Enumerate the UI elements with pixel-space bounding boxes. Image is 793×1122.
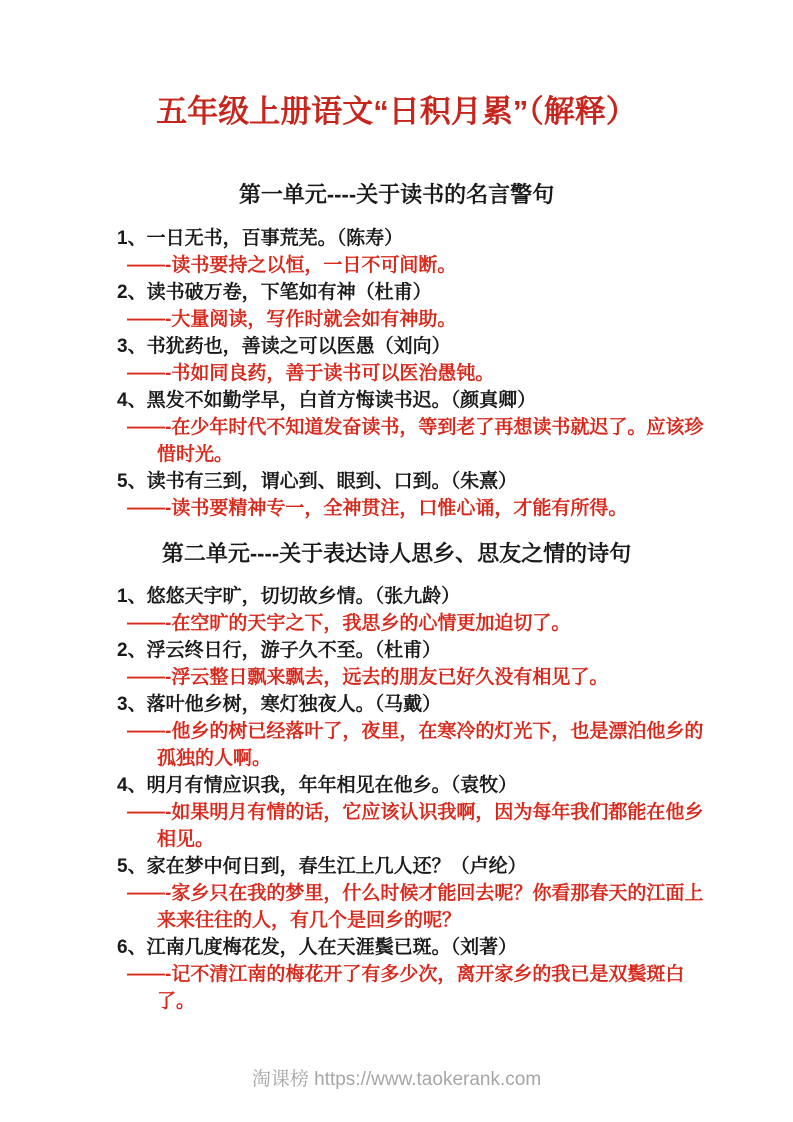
list-item: 1、一日无书，百事荒芜。（陈寿） ——-读书要持之以恒，一日不可间断。 [117,225,717,279]
quote-line: 1、一日无书，百事荒芜。（陈寿） [117,225,717,252]
item-number: 1、 [117,228,147,249]
quote-line: 3、书犹药也，善读之可以医愚（刘向） [117,333,717,360]
explanation-text: ——-大量阅读，写作时就会如有神助。 [117,306,717,333]
item-number: 5、 [117,856,147,877]
list-item: 6、江南几度梅花发，人在天涯鬓已斑。（刘著） ——-记不清江南的梅花开了有多少次… [117,934,717,1015]
quote-text: 江南几度梅花发，人在天涯鬓已斑。（刘著） [147,937,518,958]
section-1-heading: 第一单元----关于读书的名言警句 [0,182,793,208]
quote-line: 3、落叶他乡树，寒灯独夜人。（马戴） [117,691,717,718]
quote-line: 4、明月有情应识我，年年相见在他乡。（袁牧） [117,772,717,799]
explanation-text: ——-在少年时代不知道发奋读书，等到老了再想读书就迟了。应该珍 惜时光。 [117,414,717,468]
quote-text: 一日无书，百事荒芜。（陈寿） [147,228,404,249]
quote-line: 2、读书破万卷，下笔如有神（杜甫） [117,279,717,306]
list-item: 2、读书破万卷，下笔如有神（杜甫） ——-大量阅读，写作时就会如有神助。 [117,279,717,333]
list-item: 5、家在梦中何日到，春生江上几人还？（卢纶） ——-家乡只在我的梦里，什么时候才… [117,853,717,934]
quote-text: 明月有情应识我，年年相见在他乡。（袁牧） [147,775,518,796]
footer: 淘课榜 https://www.taokerank.com [0,1064,793,1091]
list-item: 5、读书有三到，谓心到、眼到、口到。（朱熹） ——-读书要精神专一，全神贯注，口… [117,468,717,522]
page-title: 五年级上册语文“日积月累”（解释） [0,93,793,130]
item-number: 2、 [117,282,147,303]
section-2-items: 1、悠悠天宇旷，切切故乡情。（张九龄） ——-在空旷的天宇之下，我思乡的心情更加… [117,583,717,1015]
list-item: 4、黑发不如勤学早，白首方悔读书迟。（颜真卿） ——-在少年时代不知道发奋读书，… [117,387,717,468]
list-item: 3、落叶他乡树，寒灯独夜人。（马戴） ——-他乡的树已经落叶了，夜里，在寒冷的灯… [117,691,717,772]
section-homesick-poems: 第二单元----关于表达诗人思乡、思友之情的诗句 1、悠悠天宇旷，切切故乡情。（… [0,541,793,1015]
item-number: 4、 [117,390,147,411]
quote-text: 读书破万卷，下笔如有神（杜甫） [147,282,432,303]
quote-text: 悠悠天宇旷，切切故乡情。（张九龄） [147,586,461,607]
explanation-text: ——-记不清江南的梅花开了有多少次，离开家乡的我已是双鬓斑白了。 [117,961,717,1015]
explanation-text: ——-家乡只在我的梦里，什么时候才能回去呢？你看那春天的江面上 来来往往的人，有… [117,880,717,934]
explanation-text: ——-他乡的树已经落叶了，夜里，在寒冷的灯光下，也是漂泊他乡的 孤独的人啊。 [117,718,717,772]
section-2-heading: 第二单元----关于表达诗人思乡、思友之情的诗句 [0,541,793,567]
explanation-text: ——-书如同良药，善于读书可以医治愚钝。 [117,360,717,387]
footer-site-url: 淘课榜 https://www.taokerank.com [252,1069,541,1090]
quote-line: 4、黑发不如勤学早，白首方悔读书迟。（颜真卿） [117,387,717,414]
section-1-items: 1、一日无书，百事荒芜。（陈寿） ——-读书要持之以恒，一日不可间断。 2、读书… [117,225,717,522]
document-page: 五年级上册语文“日积月累”（解释） 第一单元----关于读书的名言警句 1、一日… [0,0,793,1122]
quote-text: 家在梦中何日到，春生江上几人还？（卢纶） [147,856,527,877]
quote-text: 落叶他乡树，寒灯独夜人。（马戴） [147,694,442,715]
list-item: 2、浮云终日行，游子久不至。（杜甫） ——-浮云整日飘来飘去，远去的朋友已好久没… [117,637,717,691]
quote-text: 读书有三到，谓心到、眼到、口到。（朱熹） [147,471,518,492]
quote-text: 黑发不如勤学早，白首方悔读书迟。（颜真卿） [147,390,537,411]
explanation-text: ——-如果明月有情的话，它应该认识我啊，因为每年我们都能在他乡 相见。 [117,799,717,853]
quote-line: 1、悠悠天宇旷，切切故乡情。（张九龄） [117,583,717,610]
item-number: 3、 [117,694,147,715]
list-item: 4、明月有情应识我，年年相见在他乡。（袁牧） ——-如果明月有情的话，它应该认识… [117,772,717,853]
explanation-text: ——-读书要持之以恒，一日不可间断。 [117,252,717,279]
item-number: 4、 [117,775,147,796]
list-item: 1、悠悠天宇旷，切切故乡情。（张九龄） ——-在空旷的天宇之下，我思乡的心情更加… [117,583,717,637]
item-number: 1、 [117,586,147,607]
quote-line: 6、江南几度梅花发，人在天涯鬓已斑。（刘著） [117,934,717,961]
item-number: 2、 [117,640,147,661]
quote-text: 浮云终日行，游子久不至。（杜甫） [147,640,442,661]
quote-line: 2、浮云终日行，游子久不至。（杜甫） [117,637,717,664]
item-number: 5、 [117,471,147,492]
quote-line: 5、家在梦中何日到，春生江上几人还？（卢纶） [117,853,717,880]
explanation-text: ——-读书要精神专一，全神贯注，口惟心诵，才能有所得。 [117,495,717,522]
explanation-text: ——-浮云整日飘来飘去，远去的朋友已好久没有相见了。 [117,664,717,691]
item-number: 3、 [117,336,147,357]
explanation-text: ——-在空旷的天宇之下，我思乡的心情更加迫切了。 [117,610,717,637]
quote-text: 书犹药也，善读之可以医愚（刘向） [147,336,451,357]
list-item: 3、书犹药也，善读之可以医愚（刘向） ——-书如同良药，善于读书可以医治愚钝。 [117,333,717,387]
item-number: 6、 [117,937,147,958]
section-reading-quotes: 第一单元----关于读书的名言警句 1、一日无书，百事荒芜。（陈寿） ——-读书… [0,182,793,521]
quote-line: 5、读书有三到，谓心到、眼到、口到。（朱熹） [117,468,717,495]
